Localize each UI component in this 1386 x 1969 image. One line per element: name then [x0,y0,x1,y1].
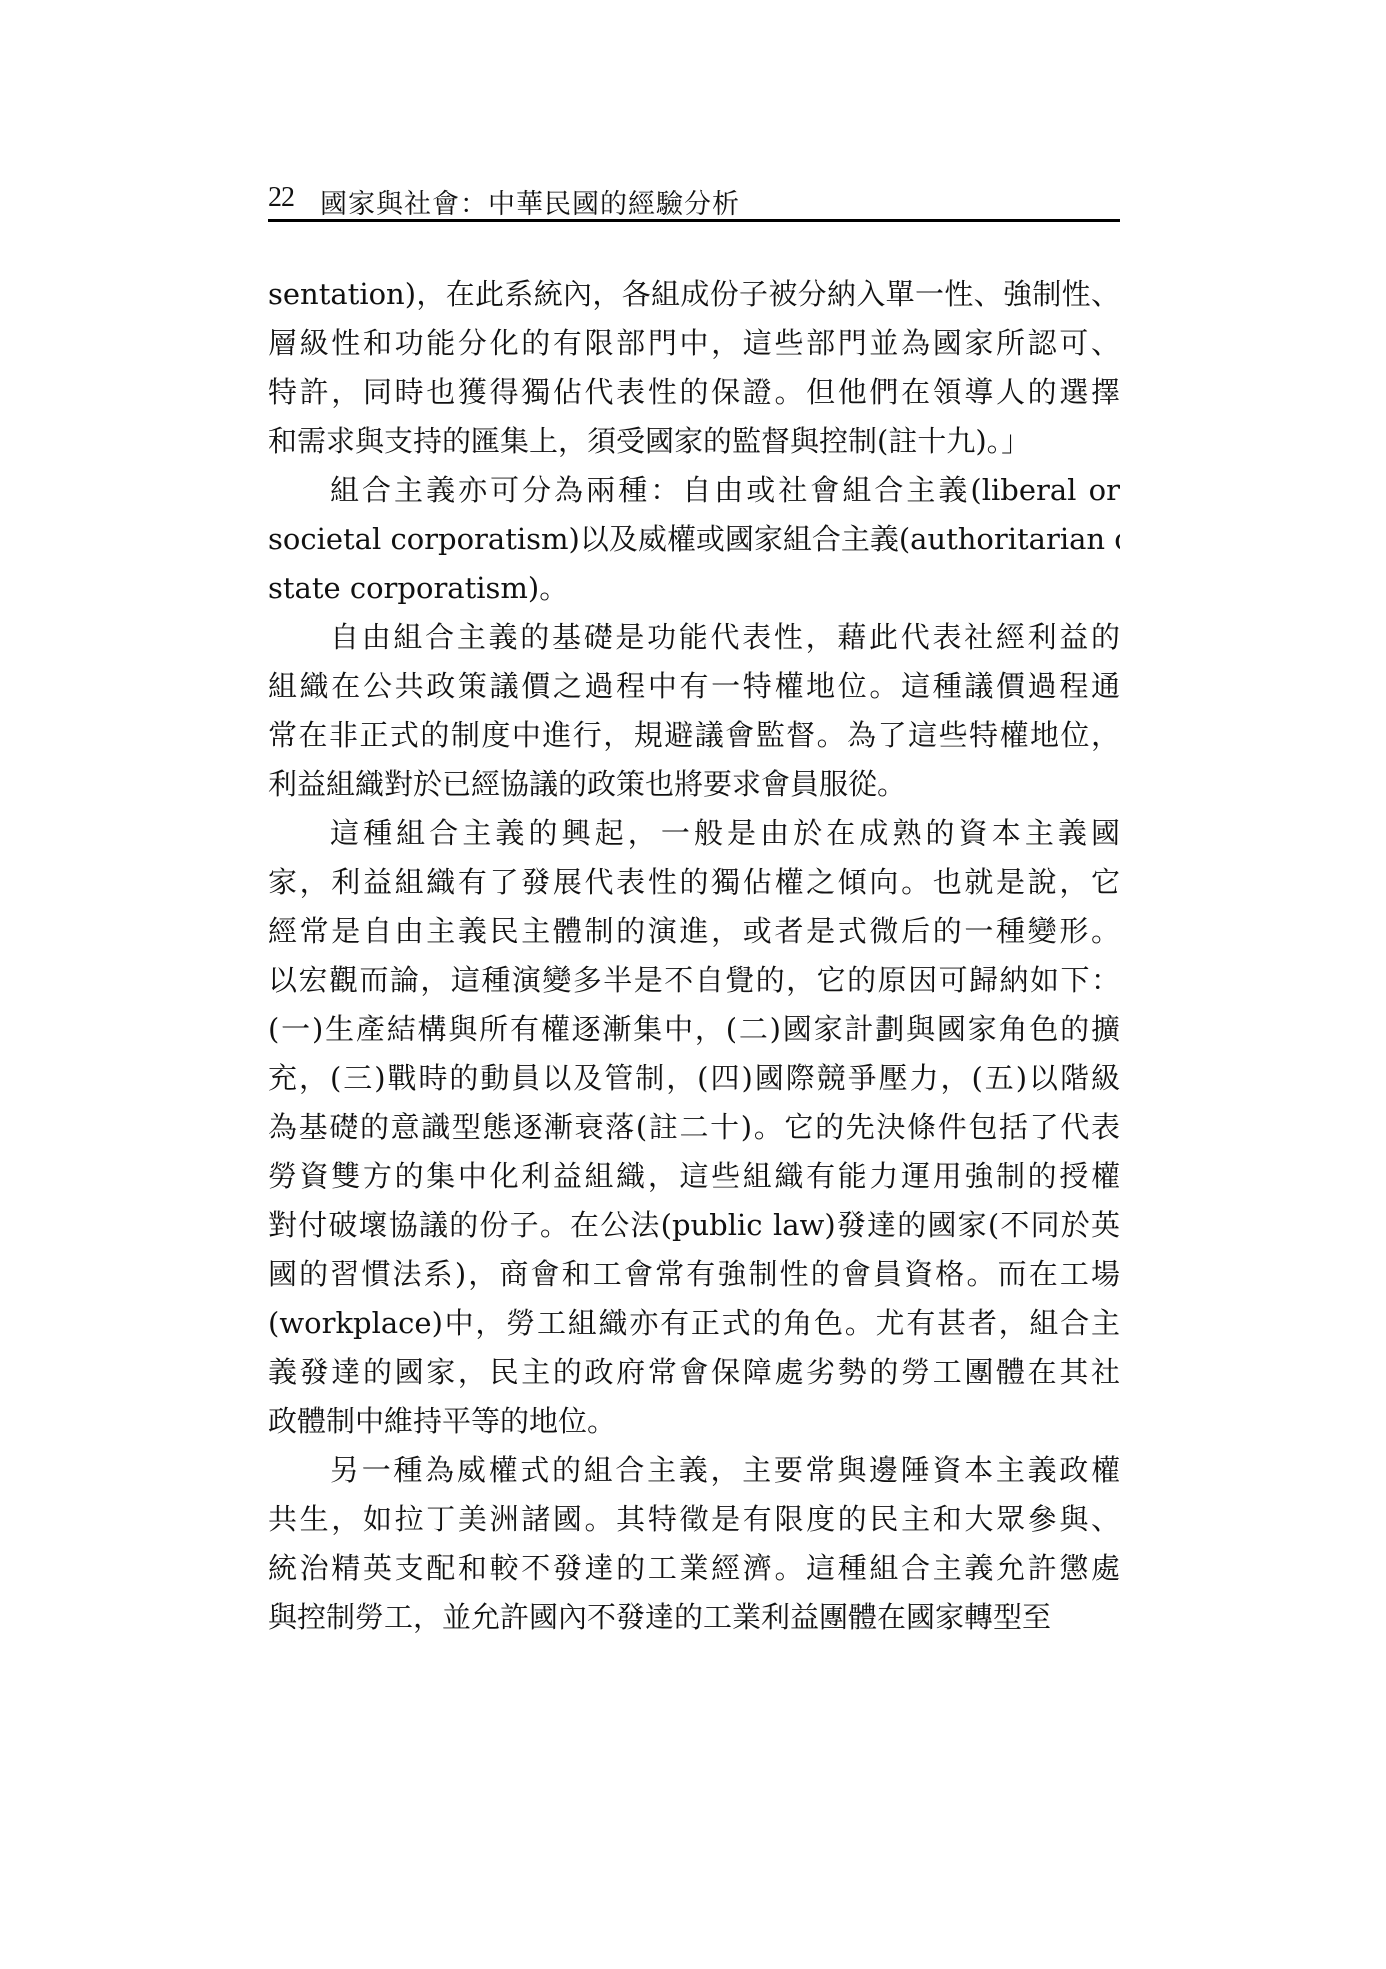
text-line: 自由組合主義的基礎是功能代表性，藉此代表社經利益的 [268,613,1120,662]
text-line: sentation)，在此系統內，各組成份子被分納入單一性、強制性、 [268,270,1120,319]
paragraph: 自由組合主義的基礎是功能代表性，藉此代表社經利益的組織在公共政策議價之過程中有一… [268,613,1120,809]
paragraph: 另一種為威權式的組合主義，主要常與邊陲資本主義政權共生，如拉丁美洲諸國。其特徵是… [268,1446,1120,1642]
text-line: 另一種為威權式的組合主義，主要常與邊陲資本主義政權 [268,1446,1120,1495]
header-rule [268,219,1120,222]
text-line: 共生，如拉丁美洲諸國。其特徵是有限度的民主和大眾參與、 [268,1495,1120,1544]
body-text: sentation)，在此系統內，各組成份子被分納入單一性、強制性、層級性和功能… [268,270,1120,1642]
page-number: 22 [268,182,294,214]
text-line: state corporatism)。 [268,564,1120,613]
text-line: 充，(三)戰時的動員以及管制，(四)國際競爭壓力，(五)以階級 [268,1054,1120,1103]
text-line: (一)生產結構與所有權逐漸集中，(二)國家計劃與國家角色的擴 [268,1005,1120,1054]
text-line: 統治精英支配和較不發達的工業經濟。這種組合主義允許懲處 [268,1544,1120,1593]
text-line: 為基礎的意識型態逐漸衰落(註二十)。它的先決條件包括了代表 [268,1103,1120,1152]
text-line: 利益組織對於已經協議的政策也將要求會員服從。 [268,760,1120,809]
text-line: 國的習慣法系)，商會和工會常有強制性的會員資格。而在工場 [268,1250,1120,1299]
running-title: 國家與社會：中華民國的經驗分析 [320,182,740,221]
text-line: 特許，同時也獲得獨佔代表性的保證。但他們在領導人的選擇 [268,368,1120,417]
text-line: 常在非正式的制度中進行，規避議會監督。為了這些特權地位， [268,711,1120,760]
paragraph: 這種組合主義的興起，一般是由於在成熟的資本主義國家，利益組織有了發展代表性的獨佔… [268,809,1120,1446]
paragraph: 組合主義亦可分為兩種：自由或社會組合主義(liberal orsocietal … [268,466,1120,613]
text-line: (workplace)中，勞工組織亦有正式的角色。尤有甚者，組合主 [268,1299,1120,1348]
text-line: 家，利益組織有了發展代表性的獨佔權之傾向。也就是說，它 [268,858,1120,907]
text-line: 以宏觀而論，這種演變多半是不自覺的，它的原因可歸納如下： [268,956,1120,1005]
text-line: 組織在公共政策議價之過程中有一特權地位。這種議價過程通 [268,662,1120,711]
text-line: 與控制勞工，並允許國內不發達的工業利益團體在國家轉型至 [268,1593,1120,1642]
text-line: 義發達的國家，民主的政府常會保障處劣勢的勞工團體在其社 [268,1348,1120,1397]
text-line: 經常是自由主義民主體制的演進，或者是式微后的一種變形。 [268,907,1120,956]
text-line: 組合主義亦可分為兩種：自由或社會組合主義(liberal or [268,466,1120,515]
text-line: 這種組合主義的興起，一般是由於在成熟的資本主義國 [268,809,1120,858]
text-line: 層級性和功能分化的有限部門中，這些部門並為國家所認可、 [268,319,1120,368]
text-line: societal corporatism)以及威權或國家組合主義(authori… [268,515,1120,564]
running-header: 22 國家與社會：中華民國的經驗分析 [268,180,1120,222]
text-line: 勞資雙方的集中化利益組織，這些組織有能力運用強制的授權 [268,1152,1120,1201]
text-line: 對付破壞協議的份子。在公法(public law)發達的國家(不同於英 [268,1201,1120,1250]
text-line: 和需求與支持的匯集上，須受國家的監督與控制(註十九)。」 [268,417,1120,466]
text-line: 政體制中維持平等的地位。 [268,1397,1120,1446]
paragraph: sentation)，在此系統內，各組成份子被分納入單一性、強制性、層級性和功能… [268,270,1120,466]
